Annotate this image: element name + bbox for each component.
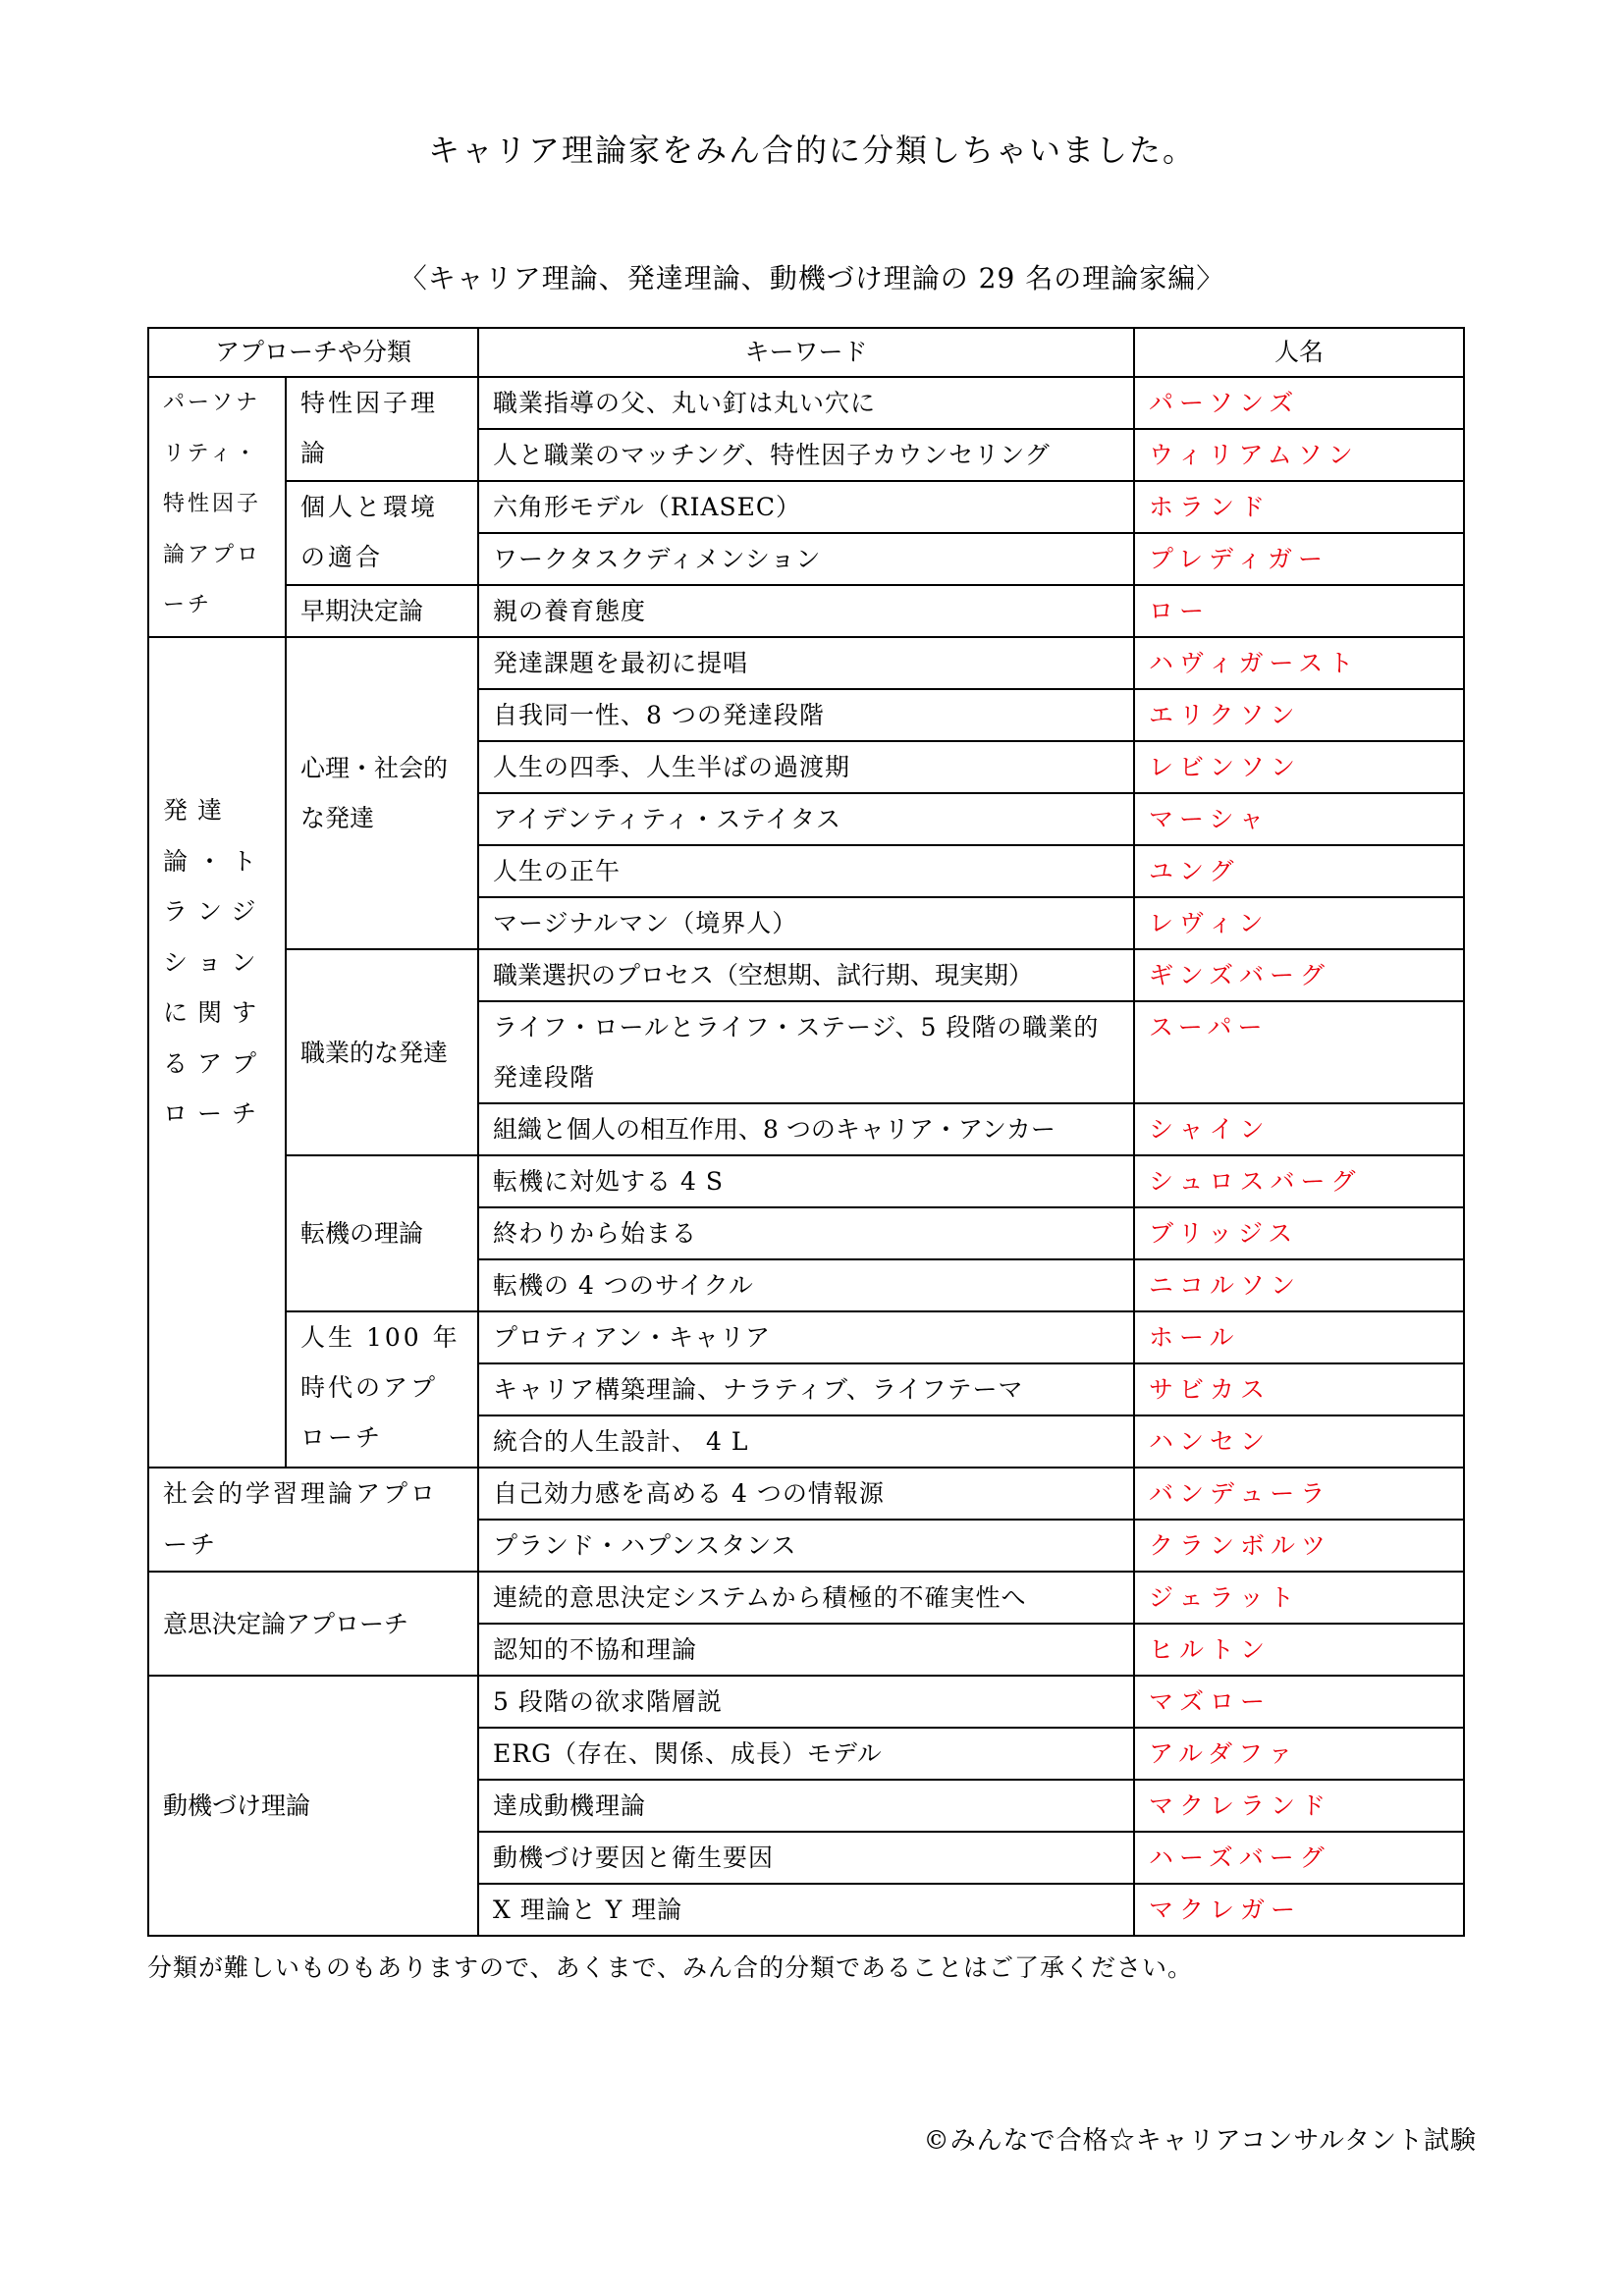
subgroup-early-decision: 早期決定論 xyxy=(286,585,478,637)
keyword-cell: 親の養育態度 xyxy=(478,585,1134,637)
subgroup-life100: 人生 100 年時代のアプローチ xyxy=(286,1311,478,1468)
keyword-cell: 動機づけ要因と衛生要因 xyxy=(478,1832,1134,1884)
theorist-name: ホール xyxy=(1134,1311,1464,1363)
keyword-cell: 自己効力感を高める 4 つの情報源 xyxy=(478,1468,1134,1520)
theorist-name: マクレガー xyxy=(1134,1884,1464,1936)
subgroup-vocational: 職業的な発達 xyxy=(286,949,478,1155)
header-category: アプローチや分類 xyxy=(148,328,478,377)
theorist-name: サビカス xyxy=(1134,1363,1464,1415)
keyword-cell: 職業指導の父、丸い釘は丸い穴に xyxy=(478,377,1134,429)
subgroup-transition: 転機の理論 xyxy=(286,1155,478,1311)
keyword-cell: 連続的意思決定システムから積極的不確実性へ xyxy=(478,1572,1134,1624)
subgroup-trait-factor: 特性因子理論 xyxy=(286,377,478,481)
keyword-cell: X 理論と Y 理論 xyxy=(478,1884,1134,1936)
keyword-cell: 人と職業のマッチング、特性因子カウンセリング xyxy=(478,429,1134,481)
table-row: 動機づけ理論 5 段階の欲求階層説 マズロー xyxy=(148,1676,1464,1728)
keyword-cell: 六角形モデル（RIASEC） xyxy=(478,481,1134,533)
keyword-cell: 自我同一性、8 つの発達段階 xyxy=(478,689,1134,741)
theorist-name: ブリッジス xyxy=(1134,1207,1464,1259)
subgroup-person-environment: 個人と環境の適合 xyxy=(286,481,478,585)
theorist-name: レビンソン xyxy=(1134,741,1464,793)
theorist-name: クランボルツ xyxy=(1134,1520,1464,1572)
group-development: 発達論・トランジションに関するアプローチ xyxy=(148,637,286,1468)
theorist-name: ロー xyxy=(1134,585,1464,637)
table-row: 発達論・トランジションに関するアプローチ 心理・社会的な発達 発達課題を最初に提… xyxy=(148,637,1464,689)
keyword-cell: 5 段階の欲求階層説 xyxy=(478,1676,1134,1728)
theorist-name: ニコルソン xyxy=(1134,1259,1464,1311)
header-keyword: キーワード xyxy=(478,328,1134,377)
table-row: 意思決定論アプローチ 連続的意思決定システムから積極的不確実性へ ジェラット xyxy=(148,1572,1464,1624)
document-subtitle: 〈キャリア理論、発達理論、動機づけ理論の 29 名の理論家編〉 xyxy=(0,257,1624,296)
keyword-cell: 統合的人生設計、 4 L xyxy=(478,1415,1134,1468)
keyword-cell: 組織と個人の相互作用、8 つのキャリア・アンカー xyxy=(478,1103,1134,1155)
table-row: 転機の理論 転機に対処する 4 S シュロスバーグ xyxy=(148,1155,1464,1207)
disclaimer-note: 分類が難しいものもありますので、あくまで、みん合的分類であることはご了承ください… xyxy=(147,1949,1193,1984)
group-decision: 意思決定論アプローチ xyxy=(148,1572,478,1676)
keyword-cell: ライフ・ロールとライフ・ステージ、5 段階の職業的発達段階 xyxy=(478,1001,1134,1103)
theorist-name: マクレランド xyxy=(1134,1780,1464,1832)
subgroup-psychosocial: 心理・社会的な発達 xyxy=(286,637,478,949)
theorist-name: ハヴィガースト xyxy=(1134,637,1464,689)
theorist-name: ユング xyxy=(1134,845,1464,897)
theorist-name: ハーズバーグ xyxy=(1134,1832,1464,1884)
group-personality: パーソナリティ・特性因子論アプローチ xyxy=(148,377,286,637)
header-name: 人名 xyxy=(1134,328,1464,377)
keyword-cell: 達成動機理論 xyxy=(478,1780,1134,1832)
keyword-cell: ワークタスクディメンション xyxy=(478,533,1134,585)
theorist-name: レヴィン xyxy=(1134,897,1464,949)
table-row: 職業的な発達 職業選択のプロセス（空想期、試行期、現実期） ギンズバーグ xyxy=(148,949,1464,1001)
group-motivation: 動機づけ理論 xyxy=(148,1676,478,1936)
table-row: 人生 100 年時代のアプローチ プロティアン・キャリア ホール xyxy=(148,1311,1464,1363)
table-header-row: アプローチや分類 キーワード 人名 xyxy=(148,328,1464,377)
theorist-name: ヒルトン xyxy=(1134,1624,1464,1676)
keyword-cell: 終わりから始まる xyxy=(478,1207,1134,1259)
copyright-notice: ©みんなで合格☆キャリアコンサルタント試験 xyxy=(924,2120,1477,2157)
theorist-name: シャイン xyxy=(1134,1103,1464,1155)
group-social-learning: 社会的学習理論アプローチ xyxy=(148,1468,478,1572)
keyword-cell: 職業選択のプロセス（空想期、試行期、現実期） xyxy=(478,949,1134,1001)
theorist-name: ウィリアムソン xyxy=(1134,429,1464,481)
keyword-cell: ERG（存在、関係、成長）モデル xyxy=(478,1728,1134,1780)
keyword-cell: 発達課題を最初に提唱 xyxy=(478,637,1134,689)
keyword-cell: 認知的不協和理論 xyxy=(478,1624,1134,1676)
table-row: パーソナリティ・特性因子論アプローチ 特性因子理論 職業指導の父、丸い釘は丸い穴… xyxy=(148,377,1464,429)
theorist-name: ギンズバーグ xyxy=(1134,949,1464,1001)
theorist-name: シュロスバーグ xyxy=(1134,1155,1464,1207)
theorist-name: マーシャ xyxy=(1134,793,1464,845)
theorist-name: パーソンズ xyxy=(1134,377,1464,429)
theorist-name: スーパー xyxy=(1134,1001,1464,1103)
theorist-name: バンデューラ xyxy=(1134,1468,1464,1520)
theorist-name: ホランド xyxy=(1134,481,1464,533)
theorist-name: ハンセン xyxy=(1134,1415,1464,1468)
theorist-name: ジェラット xyxy=(1134,1572,1464,1624)
keyword-cell: アイデンティティ・ステイタス xyxy=(478,793,1134,845)
theorist-name: プレディガー xyxy=(1134,533,1464,585)
keyword-cell: プランド・ハプンスタンス xyxy=(478,1520,1134,1572)
keyword-cell: 転機の 4 つのサイクル xyxy=(478,1259,1134,1311)
table-row: 個人と環境の適合 六角形モデル（RIASEC） ホランド xyxy=(148,481,1464,533)
keyword-cell: 人生の正午 xyxy=(478,845,1134,897)
keyword-cell: プロティアン・キャリア xyxy=(478,1311,1134,1363)
theorist-name: アルダファ xyxy=(1134,1728,1464,1780)
table-row: 早期決定論 親の養育態度 ロー xyxy=(148,585,1464,637)
keyword-cell: 転機に対処する 4 S xyxy=(478,1155,1134,1207)
theorist-classification-table: アプローチや分類 キーワード 人名 パーソナリティ・特性因子論アプローチ 特性因… xyxy=(147,327,1465,1937)
theorist-name: エリクソン xyxy=(1134,689,1464,741)
document-title: キャリア理論家をみん合的に分類しちゃいました。 xyxy=(0,126,1624,171)
keyword-cell: 人生の四季、人生半ばの過渡期 xyxy=(478,741,1134,793)
theorist-name: マズロー xyxy=(1134,1676,1464,1728)
table-row: 社会的学習理論アプローチ 自己効力感を高める 4 つの情報源 バンデューラ xyxy=(148,1468,1464,1520)
keyword-cell: キャリア構築理論、ナラティブ、ライフテーマ xyxy=(478,1363,1134,1415)
keyword-cell: マージナルマン（境界人） xyxy=(478,897,1134,949)
